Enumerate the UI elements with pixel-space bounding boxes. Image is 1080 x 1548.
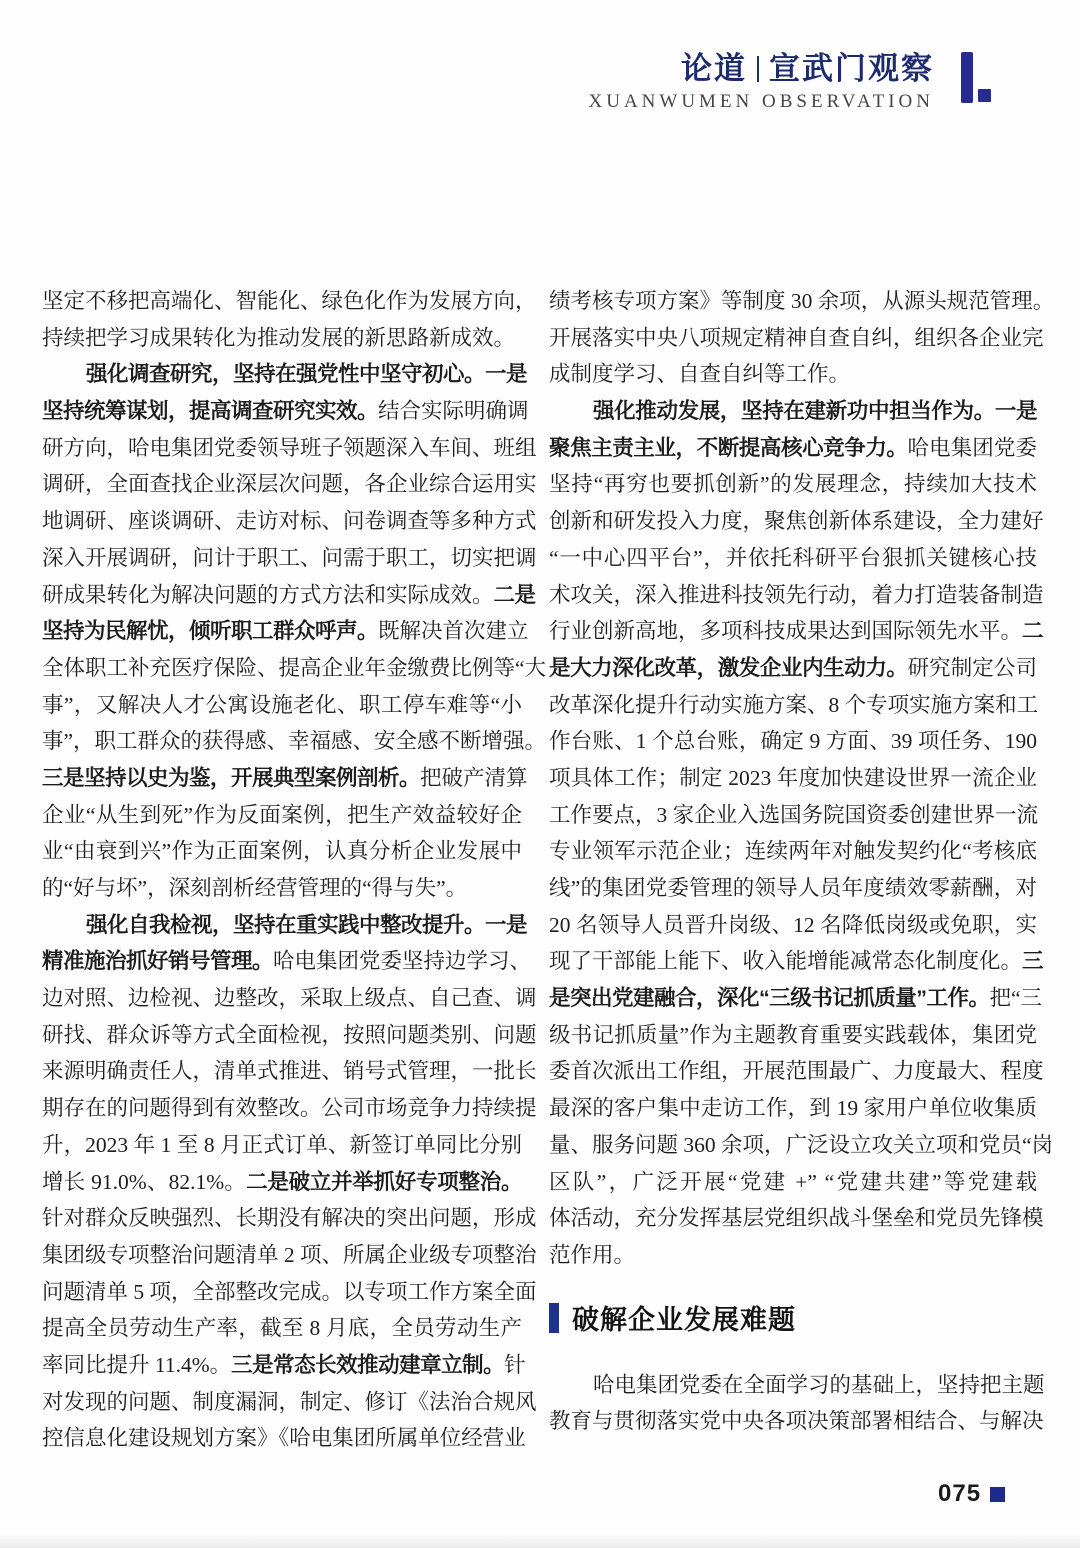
magazine-page: 论道宣武门观察 XUANWUMEN OBSERVATION 坚定不移把高端化、智…	[0, 0, 1080, 1548]
page-footer: 075	[938, 1480, 1005, 1508]
text-line: 作台账、1 个总台账，确定 9 方面、39 项任务、190	[549, 723, 1037, 760]
text-line: 研成果转化为解决问题的方式方法和实际成效。二是	[42, 577, 522, 614]
text-line: 期存在的问题得到有效整改。公司市场竞争力持续提	[42, 1090, 522, 1127]
body-column-left: 坚定不移把高端化、智能化、绿色化作为发展方向，持续把学习成果转化为推动发展的新思…	[42, 283, 522, 1457]
text-line: 改革深化提升行动实施方案、8 个专项实施方案和工	[549, 687, 1037, 724]
text-line: 增长 91.0%、82.1%。二是破立并举抓好专项整治。	[42, 1164, 522, 1201]
text-line: 研找、群众诉等方式全面检视，按照问题类别、问题	[42, 1017, 522, 1054]
text-line: 哈电集团党委在全面学习的基础上，坚持把主题	[549, 1367, 1037, 1404]
header-title-left: 论道	[681, 51, 747, 86]
text-line: 绩考核专项方案》等制度 30 余项，从源头规范管理。	[549, 283, 1037, 320]
text-line: 提高全员劳动生产率，截至 8 月底，全员劳动生产	[42, 1310, 522, 1347]
text-line: 项具体工作；制定 2023 年度加快建设世界一流企业	[549, 760, 1037, 797]
text-line: “一中心四平台”，并依托科研平台狠抓关键核心技	[549, 540, 1037, 577]
text-line: 现了干部能上能下、收入能增能减常态化制度化。三	[549, 943, 1037, 980]
text-line: 坚定不移把高端化、智能化、绿色化作为发展方向，	[42, 283, 522, 320]
text-line: 委首次派出工作组，开展范围最广、力度最大、程度	[549, 1053, 1037, 1090]
text-line: 率同比提升 11.4%。三是常态长效推动建章立制。针	[42, 1347, 522, 1384]
text-line: 量、服务问题 360 余项，广泛设立攻关立项和党员“岗	[549, 1127, 1037, 1164]
text-line: 聚焦主责主业，不断提高核心竞争力。哈电集团党委	[549, 430, 1037, 467]
text-line: 20 名领导人员晋升岗级、12 名降低岗级或免职，实	[549, 907, 1037, 944]
text-line: 强化调查研究，坚持在强党性中坚守初心。一是	[42, 356, 522, 393]
body-column-right: 绩考核专项方案》等制度 30 余项，从源头规范管理。开展落实中央八项规定精神自查…	[549, 283, 1037, 1440]
text-line: 控信息化建设规划方案》《哈电集团所属单位经营业	[42, 1420, 522, 1457]
text-line: 来源明确责任人，清单式推进、销号式管理，一批长	[42, 1053, 522, 1090]
text-line: 的“好与坏”，深刻剖析经营管理的“得与失”。	[42, 870, 522, 907]
text-line: 级书记抓质量”作为主题教育重要实践载体，集团党	[549, 1017, 1037, 1054]
right-column-text-top: 绩考核专项方案》等制度 30 余项，从源头规范管理。开展落实中央八项规定精神自查…	[549, 283, 1037, 1274]
text-line: 术攻关，深入推进科技领先行动，着力打造装备制造	[549, 577, 1037, 614]
logo-dot-icon	[978, 89, 991, 102]
text-line: 事”，职工群众的获得感、幸福感、安全感不断增强。	[42, 723, 522, 760]
magazine-logo-mark	[961, 52, 1001, 104]
text-line: 是突出党建融合，深化“三级书记抓质量”工作。把“三	[549, 980, 1037, 1017]
text-line: 专业领军示范企业；连续两年对触发契约化“考核底	[549, 833, 1037, 870]
text-line: 集团级专项整治问题清单 2 项、所属企业级专项整治	[42, 1237, 522, 1274]
text-line: 调研，全面查找企业深层次问题，各企业综合运用实	[42, 466, 522, 503]
text-line: 三是坚持以史为鉴，开展典型案例剖析。把破产清算	[42, 760, 522, 797]
section-heading: 破解企业发展难题	[549, 1298, 1037, 1338]
text-line: 全体职工补充医疗保险、提高企业年金缴费比例等“大	[42, 650, 522, 687]
text-line: 持续把学习成果转化为推动发展的新思路新成效。	[42, 320, 522, 357]
text-line: 区队”，广泛开展“党建 +” “党建共建”等党建载	[549, 1164, 1037, 1201]
logo-bar-icon	[961, 52, 973, 103]
page-number: 075	[938, 1480, 981, 1508]
text-line: 线”的集团党委管理的领导人员年度绩效零薪酬，对	[549, 870, 1037, 907]
text-line: 成制度学习、自查自纠等工作。	[549, 356, 1037, 393]
text-line: 企业“从生到死”作为反面案例，把生产效益较好企	[42, 797, 522, 834]
text-line: 强化自我检视，坚持在重实践中整改提升。一是	[42, 907, 522, 944]
section-heading-text: 破解企业发展难题	[572, 1298, 796, 1337]
page-header: 论道宣武门观察 XUANWUMEN OBSERVATION	[589, 52, 935, 113]
header-divider	[757, 56, 759, 82]
text-line: 深入开展调研，问计于职工、问需于职工，切实把调	[42, 540, 522, 577]
text-line: 工作要点，3 家企业入选国务院国资委创建世界一流	[549, 797, 1037, 834]
footer-square-icon	[990, 1487, 1005, 1502]
header-title-right: 宣武门观察	[769, 51, 934, 86]
text-line: 是大力深化改革，激发企业内生动力。研究制定公司	[549, 650, 1037, 687]
text-line: 最深的客户集中走访工作，到 19 家用户单位收集质	[549, 1090, 1037, 1127]
text-line: 对发现的问题、制度漏洞，制定、修订《法治合规风	[42, 1384, 522, 1421]
right-column-text-bottom: 哈电集团党委在全面学习的基础上，坚持把主题教育与贯彻落实党中央各项决策部署相结合…	[549, 1367, 1037, 1440]
text-line: 针对群众反映强烈、长期没有解决的突出问题，形成	[42, 1200, 522, 1237]
text-line: 问题清单 5 项，全部整改完成。以专项工作方案全面	[42, 1274, 522, 1311]
text-line: 创新和研发投入力度，聚焦创新体系建设，全力建好	[549, 503, 1037, 540]
text-line: 坚持统筹谋划，提高调查研究实效。结合实际明确调	[42, 393, 522, 430]
text-line: 边对照、边检视、边整改，采取上级点、自己查、调	[42, 980, 522, 1017]
text-line: 强化推动发展，坚持在建新功中担当作为。一是	[549, 393, 1037, 430]
text-line: 地调研、座谈调研、走访对标、问卷调查等多种方式	[42, 503, 522, 540]
text-line: 教育与贯彻落实党中央各项决策部署相结合、与解决	[549, 1403, 1037, 1440]
text-line: 行业创新高地，多项科技成果达到国际领先水平。二	[549, 613, 1037, 650]
text-line: 升，2023 年 1 至 8 月正式订单、新签订单同比分别	[42, 1127, 522, 1164]
text-line: 坚持“再穷也要抓创新”的发展理念，持续加大技术	[549, 466, 1037, 503]
header-title: 论道宣武门观察	[589, 52, 935, 86]
text-line: 业“由衰到兴”作为正面案例，认真分析企业发展中	[42, 833, 522, 870]
text-line: 事”，又解决人才公寓设施老化、职工停车难等“小	[42, 687, 522, 724]
text-line: 范作用。	[549, 1237, 1037, 1274]
text-line: 体活动，充分发挥基层党组织战斗堡垒和党员先锋模	[549, 1200, 1037, 1237]
text-line: 研方向，哈电集团党委领导班子领题深入车间、班组	[42, 430, 522, 467]
header-subtitle-en: XUANWUMEN OBSERVATION	[589, 91, 935, 113]
text-line: 坚持为民解忧，倾听职工群众呼声。既解决首次建立	[42, 613, 522, 650]
text-line: 精准施治抓好销号管理。哈电集团党委坚持边学习、	[42, 943, 522, 980]
section-heading-bar-icon	[549, 1303, 559, 1333]
text-line: 开展落实中央八项规定精神自查自纠，组织各企业完	[549, 320, 1037, 357]
